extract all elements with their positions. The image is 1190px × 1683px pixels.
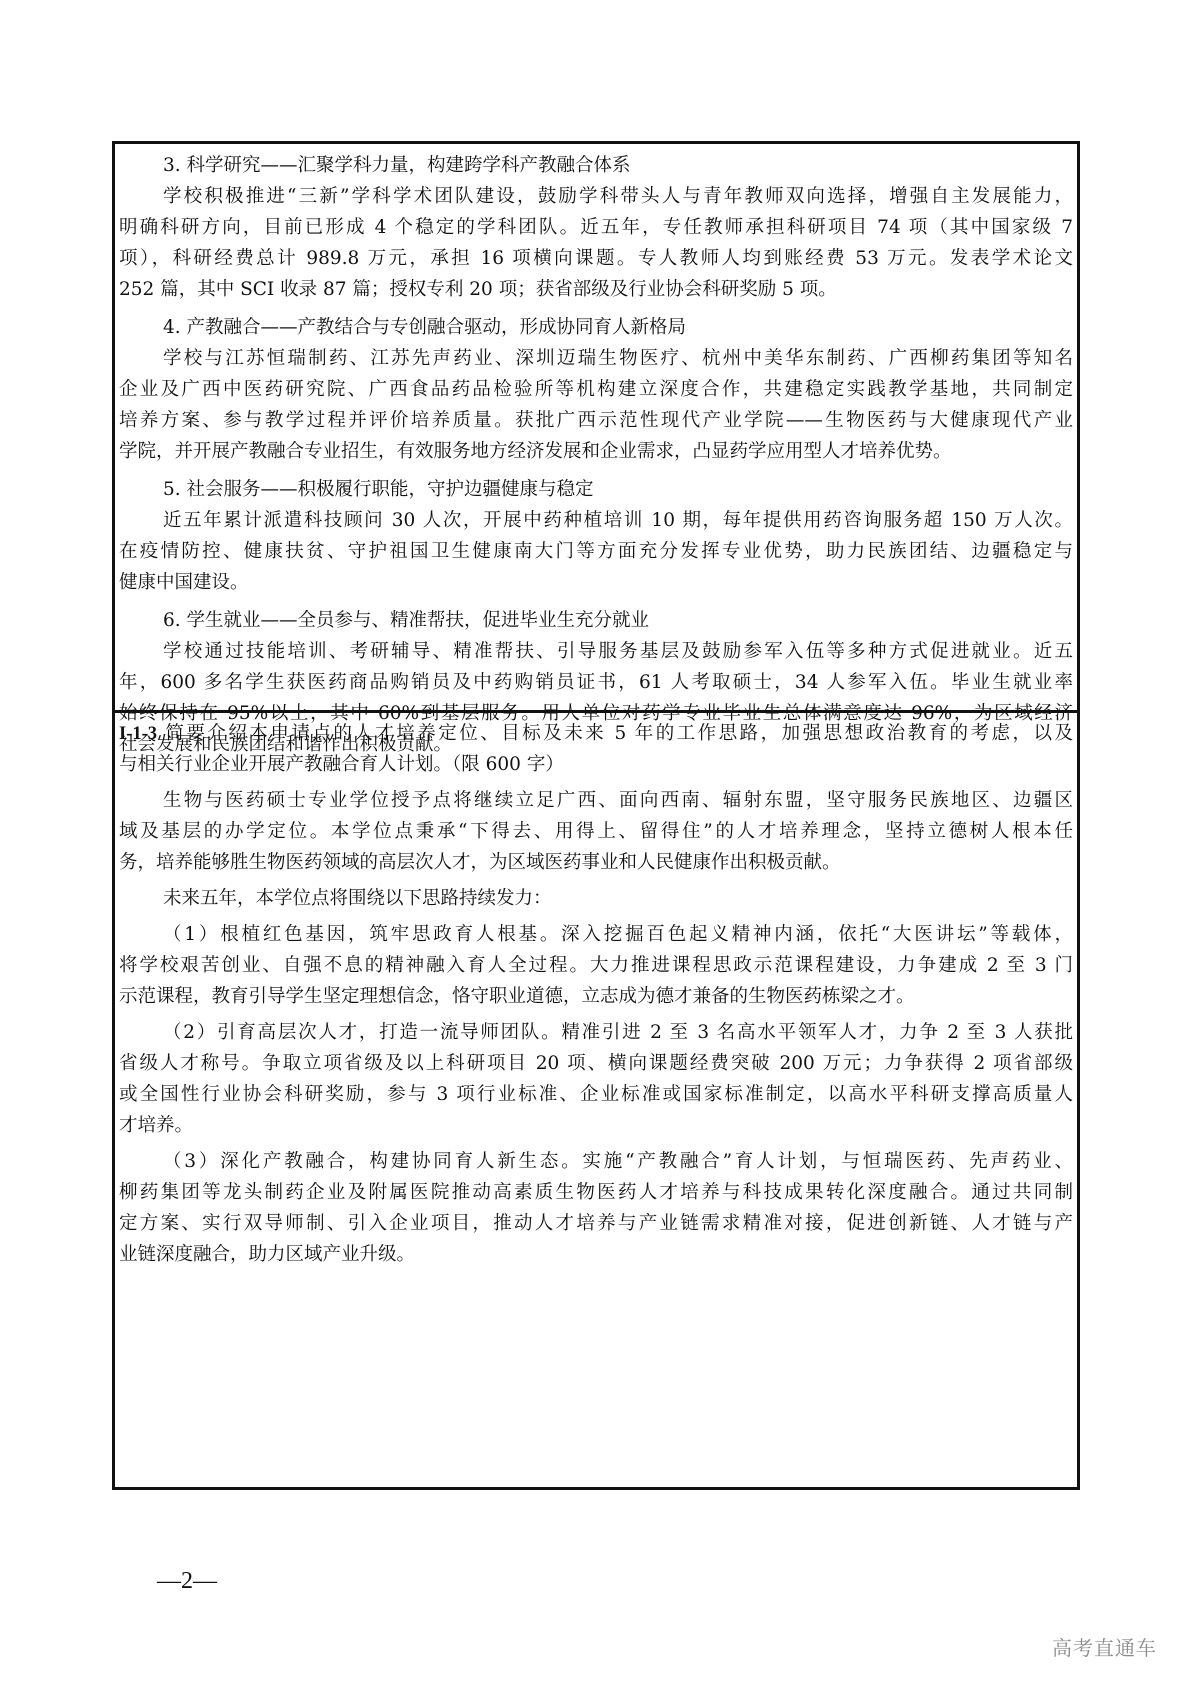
paragraph-line: 域及基层的办学定位。本学位点秉承“下得去、用得上、留得住”的人才培养理念，坚持立… <box>119 816 1073 847</box>
section-heading-industry-education: 4. 产教融合——产教结合与专创融合驱动，形成协同育人新格局 <box>119 312 1073 343</box>
paragraph-line: 项），科研经费总计 989.8 万元，承担 16 项横向课题。专人教师人均到账经… <box>119 243 1073 274</box>
watermark: 高考直通车 <box>1052 1632 1157 1661</box>
paragraph-line: 示范课程，教育引导学生坚定理想信念，恪守职业道德，立志成为德才兼备的生物医药栋梁… <box>119 981 1073 1012</box>
paragraph-line: 培养方案、参与教学过程并评价培养质量。获批广西示范性现代产业学院——生物医药与大… <box>119 405 1073 436</box>
table-row-divider <box>115 710 1077 713</box>
form-table: 3. 科学研究——汇聚学科力量，构建跨学科产教融合体系 学校积极推进“三新”学科… <box>112 141 1080 1490</box>
paragraph-line: 才培养。 <box>119 1110 1073 1141</box>
paragraph-line: 近五年累计派遣科技顾问 30 人次，开展中药种植培训 10 期，每年提供用药咨询… <box>119 505 1073 536</box>
paragraph-line: （1）根植红色基因，筑牢思政育人根基。深入挖掘百色起义精神内涵，依托“大医讲坛”… <box>119 919 1073 950</box>
paragraph-line: （2）引育高层次人才，打造一流导师团队。精准引进 2 至 3 名高水平领军人才，… <box>119 1017 1073 1048</box>
paragraph-line: 明确科研方向，目前已形成 4 个稳定的学科团队。近五年，专任教师承担科研项目 7… <box>119 212 1073 243</box>
paragraph-line: 学校积极推进“三新”学科学术团队建设，鼓励学科带头人与青年教师双向选择，增强自主… <box>119 181 1073 212</box>
paragraph-line: 生物与医药硕士专业学位授予点将继续立足广西、面向西南、辐射东盟，坚守服务民族地区… <box>119 785 1073 816</box>
paragraph-line: 学校通过技能培训、考研辅导、精准帮扶、引导服务基层及鼓励参军入伍等多种方式促进就… <box>119 636 1073 667</box>
section-heading-research: 3. 科学研究——汇聚学科力量，构建跨学科产教融合体系 <box>119 150 1073 181</box>
paragraph-line: 务，培养能够胜生物医药领域的高层次人才，为区域医药事业和人民健康作出积极贡献。 <box>119 847 1073 878</box>
section-heading-employment: 6. 学生就业——全员参与、精准帮扶，促进毕业生充分就业 <box>119 605 1073 636</box>
page-number: —2— <box>157 1568 217 1595</box>
paragraph-line: 健康中国建设。 <box>119 567 1073 598</box>
question-text: 简要介绍本申请点的人才培养定位、目标及未来 5 年的工作思路，加强思想政治教育的… <box>157 723 1073 744</box>
paragraph-line: 企业及广西中医药研究院、广西食品药品检验所等机构建立深度合作，共建稳定实践教学基… <box>119 374 1073 405</box>
question-prompt-line: 与相关行业企业开展产教融合育人计划。（限 600 字） <box>119 749 1073 780</box>
paragraph-line: 省级人才称号。争取立项省级及以上科研项目 20 项、横向课题经费突破 200 万… <box>119 1048 1073 1079</box>
paragraph-line: 未来五年，本学位点将围绕以下思路持续发力： <box>119 883 1073 914</box>
paragraph-line: 252 篇，其中 SCI 收录 87 篇；授权专利 20 项；获省部级及行业协会… <box>119 274 1073 305</box>
paragraph-line: 年，600 多名学生获医药商品购销员及中药购销员证书，61 人考取硕士，34 人… <box>119 667 1073 698</box>
question-id: I-1-3 <box>119 724 157 744</box>
paragraph-line: 业链深度融合，助力区域产业升级。 <box>119 1239 1073 1270</box>
question-prompt: I-1-3 简要介绍本申请点的人才培养定位、目标及未来 5 年的工作思路，加强思… <box>119 718 1073 749</box>
paragraph-line: （3）深化产教融合，构建协同育人新生态。实施“产教融合”育人计划，与恒瑞医药、先… <box>119 1146 1073 1177</box>
training-plan-section: I-1-3 简要介绍本申请点的人才培养定位、目标及未来 5 年的工作思路，加强思… <box>119 718 1073 1270</box>
paragraph-line: 或全国性行业协会科研奖励，参与 3 项行业标准、企业标准或国家标准制定，以高水平… <box>119 1079 1073 1110</box>
paragraph-line: 学院，并开展产教融合专业招生，有效服务地方经济发展和企业需求，凸显药学应用型人才… <box>119 436 1073 467</box>
paragraph-line: 在疫情防控、健康扶贫、守护祖国卫生健康南大门等方面充分发挥专业优势，助力民族团结… <box>119 536 1073 567</box>
achievements-section: 3. 科学研究——汇聚学科力量，构建跨学科产教融合体系 学校积极推进“三新”学科… <box>119 148 1073 760</box>
section-heading-social-service: 5. 社会服务——积极履行职能，守护边疆健康与稳定 <box>119 474 1073 505</box>
paragraph-line: 将学校艰苦创业、自强不息的精神融入育人全过程。大力推进课程思政示范课程建设，力争… <box>119 950 1073 981</box>
paragraph-line: 定方案、实行双导师制、引入企业项目，推动人才培养与产业链需求精准对接，促进创新链… <box>119 1208 1073 1239</box>
paragraph-line: 柳药集团等龙头制药企业及附属医院推动高素质生物医药人才培养与科技成果转化深度融合… <box>119 1177 1073 1208</box>
paragraph-line: 学校与江苏恒瑞制药、江苏先声药业、深圳迈瑞生物医疗、杭州中美华东制药、广西柳药集… <box>119 343 1073 374</box>
